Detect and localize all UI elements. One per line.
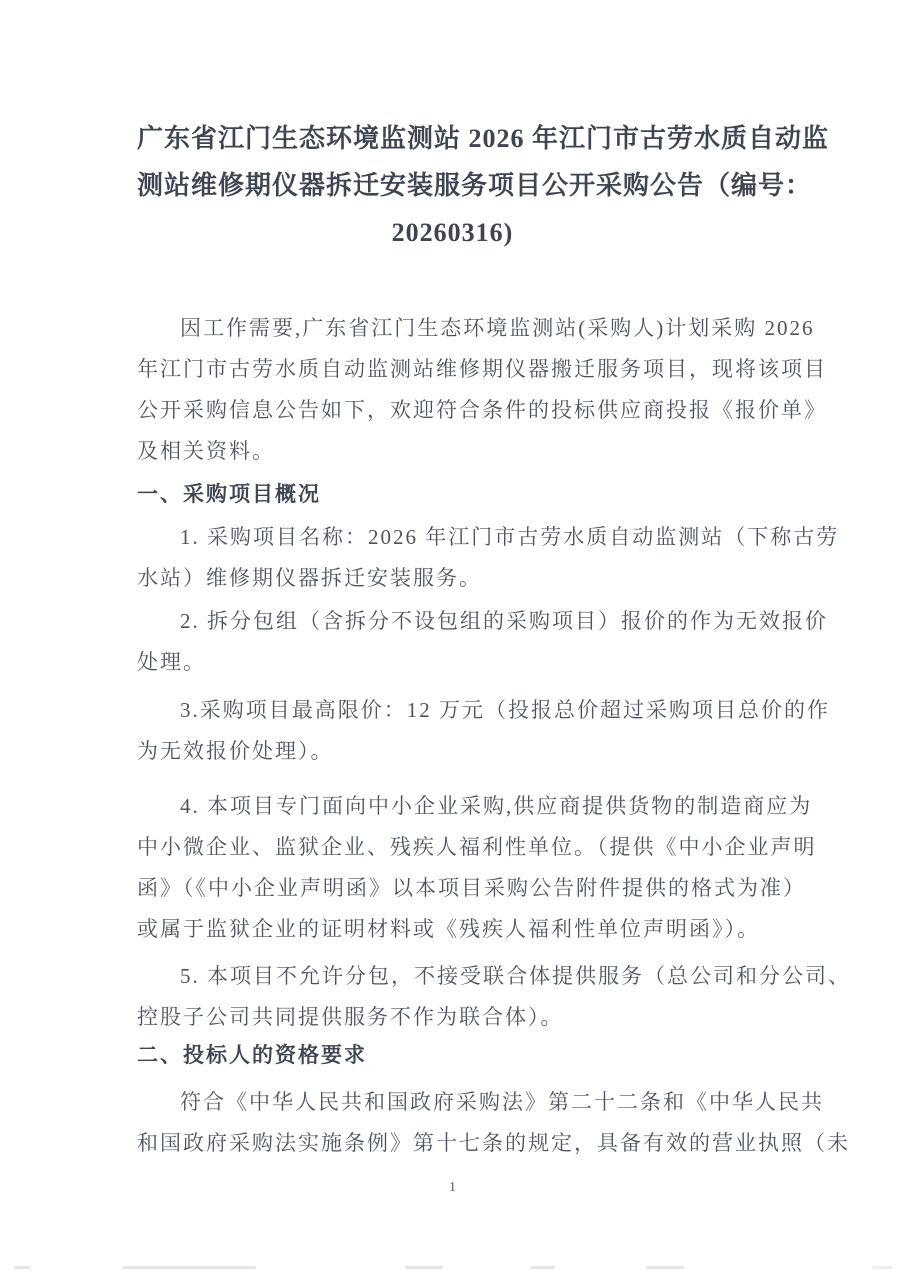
section-2-heading: 二、投标人的资格要求 <box>137 1035 768 1076</box>
intro-paragraph-line-2: 年江门市古劳水质自动监测站维修期仪器搬迁服务项目，现将该项目 <box>137 349 768 390</box>
item-3-line-2: 为无效报价处理）。 <box>137 731 768 772</box>
item-2: 2. 拆分包组（含拆分不设包组的采购项目）报价的作为无效报价处理。 <box>137 601 768 683</box>
item-2-line-1: 2. 拆分包组（含拆分不设包组的采购项目）报价的作为无效报价 <box>137 601 768 642</box>
item-4-line-3: 函》（《中小企业声明函》以本项目采购公告附件提供的格式为准） <box>137 868 768 909</box>
item-3-line-1: 3.采购项目最高限价：12 万元（投报总价超过采购项目总价的作 <box>137 690 768 731</box>
intro-paragraph-line-3: 公开采购信息公告如下，欢迎符合条件的投标供应商投报《报价单》 <box>137 390 768 431</box>
item-2-line-2: 处理。 <box>137 642 768 683</box>
item-5: 5. 本项目不允许分包，不接受联合体提供服务（总公司和分公司、控股子公司共同提供… <box>137 956 768 1038</box>
intro-paragraph-line-4: 及相关资料。 <box>137 431 768 472</box>
qualification-paragraph-line-2: 和国政府采购法实施条例》第十七条的规定，具备有效的营业执照（未 <box>137 1123 768 1164</box>
section-1-heading: 一、采购项目概况 <box>137 474 768 515</box>
qualification-paragraph-line-1: 符合《中华人民共和国政府采购法》第二十二条和《中华人民共 <box>137 1082 768 1123</box>
item-4: 4. 本项目专门面向中小企业采购,供应商提供货物的制造商应为中小微企业、监狱企业… <box>137 786 768 950</box>
document-body: 因工作需要,广东省江门生态环境监测站(采购人)计划采购 2026年江门市古劳水质… <box>137 0 768 1273</box>
qualification-paragraph: 符合《中华人民共和国政府采购法》第二十二条和《中华人民共和国政府采购法实施条例》… <box>137 1082 768 1164</box>
item-4-line-2: 中小微企业、监狱企业、残疾人福利性单位。（提供《中小企业声明 <box>137 827 768 868</box>
item-1-line-1: 1. 采购项目名称：2026 年江门市古劳水质自动监测站（下称古劳 <box>137 517 768 558</box>
item-1: 1. 采购项目名称：2026 年江门市古劳水质自动监测站（下称古劳水站）维修期仪… <box>137 517 768 599</box>
bleed-mark <box>405 1266 443 1269</box>
next-page-bleed-marks <box>0 1264 900 1273</box>
intro-paragraph-line-1: 因工作需要,广东省江门生态环境监测站(采购人)计划采购 2026 <box>137 308 768 349</box>
item-1-line-2: 水站）维修期仪器拆迁安装服务。 <box>137 558 768 599</box>
item-4-line-1: 4. 本项目专门面向中小企业采购,供应商提供货物的制造商应为 <box>137 786 768 827</box>
section-2-heading-line-1: 二、投标人的资格要求 <box>137 1035 768 1076</box>
bleed-mark <box>123 1266 256 1269</box>
item-3: 3.采购项目最高限价：12 万元（投报总价超过采购项目总价的作为无效报价处理）。 <box>137 690 768 772</box>
bleed-mark <box>531 1266 555 1269</box>
item-5-line-1: 5. 本项目不允许分包，不接受联合体提供服务（总公司和分公司、 <box>137 956 768 997</box>
bleed-mark <box>14 1266 30 1269</box>
intro-paragraph: 因工作需要,广东省江门生态环境监测站(采购人)计划采购 2026年江门市古劳水质… <box>137 308 768 472</box>
item-4-line-4: 或属于监狱企业的证明材料或《残疾人福利性单位声明函》）。 <box>137 909 768 950</box>
document-page: 广东省江门生态环境监测站 2026 年江门市古劳水质自动监 测站维修期仪器拆迁安… <box>0 0 900 1273</box>
bleed-mark <box>646 1266 684 1269</box>
bleed-mark <box>872 1266 892 1269</box>
page-number: 1 <box>137 1180 768 1196</box>
item-5-line-2: 控股子公司共同提供服务不作为联合体）。 <box>137 997 768 1038</box>
section-1-heading-line-1: 一、采购项目概况 <box>137 474 768 515</box>
